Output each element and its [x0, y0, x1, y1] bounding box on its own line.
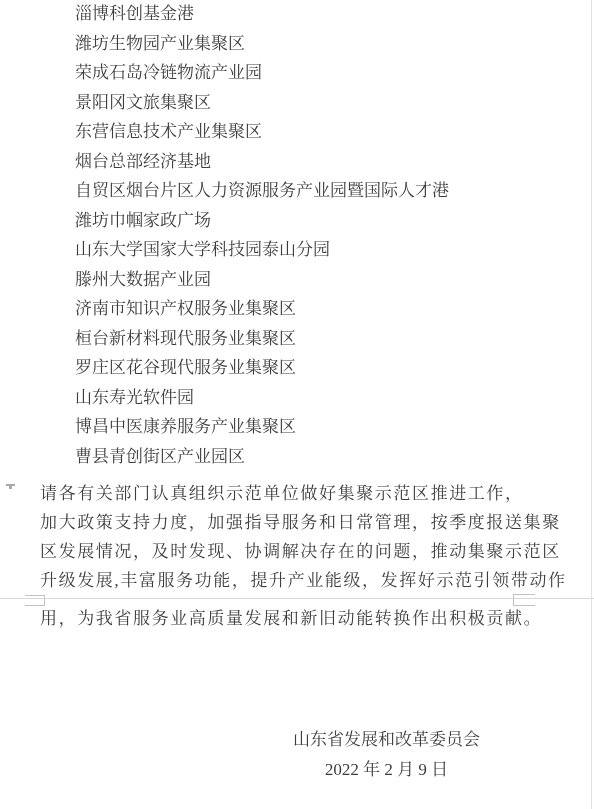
park-list: 淄博科创基金港 潍坊生物园产业集聚区 荣成石岛冷链物流产业园 景阳冈文旅集聚区 … [75, 0, 449, 471]
park-list-item: 济南市知识产权服务业集聚区 [75, 294, 449, 324]
park-list-item: 山东大学国家大学科技园泰山分园 [75, 235, 449, 265]
document-page: 淄博科创基金港 潍坊生物园产业集聚区 荣成石岛冷链物流产业园 景阳冈文旅集聚区 … [0, 0, 594, 809]
park-list-item: 桓台新材料现代服务业集聚区 [75, 324, 449, 354]
park-list-item: 山东寿光软件园 [75, 383, 449, 413]
park-list-item: 景阳冈文旅集聚区 [75, 88, 449, 118]
park-list-item: 淄博科创基金港 [75, 0, 449, 29]
date: 2022 年 2 月 9 日 [293, 755, 480, 785]
park-list-item: 罗庄区花谷现代服务业集聚区 [75, 353, 449, 383]
park-list-item: 自贸区烟台片区人力资源服务产业园暨国际人才港 [75, 176, 449, 206]
paragraph-line: 用，为我省服务业高质量发展和新旧动能转换作出积极贡献。 [40, 604, 570, 633]
body-paragraph-continued: 用，为我省服务业高质量发展和新旧动能转换作出积极贡献。 [40, 604, 570, 633]
park-list-item: 潍坊巾帼家政广场 [75, 206, 449, 236]
park-list-item: 潍坊生物园产业集聚区 [75, 29, 449, 59]
page-edge-line [591, 0, 592, 809]
page-break-line [0, 598, 594, 599]
paragraph-line: 加大政策支持力度，加强指导服务和日常管理，按季度报送集聚 [40, 508, 570, 537]
park-list-item: 曹县青创街区产业园区 [75, 442, 449, 472]
park-list-item: 烟台总部经济基地 [75, 147, 449, 177]
body-paragraph: 请各有关部门认真组织示范单位做好集聚示范区推进工作， 加大政策支持力度，加强指导… [40, 479, 570, 595]
park-list-item: 东营信息技术产业集聚区 [75, 117, 449, 147]
paragraph-line: 区发展情况，及时发现、协调解决存在的问题，推动集聚示范区 [40, 537, 570, 566]
park-list-item: 荣成石岛冷链物流产业园 [75, 58, 449, 88]
park-list-item: 博昌中医康养服务产业集聚区 [75, 412, 449, 442]
signature: 山东省发展和改革委员会 [293, 725, 480, 755]
paragraph-line: 升级发展,丰富服务功能，提升产业能级，发挥好示范引领带动作 [40, 566, 570, 595]
closing-block: 山东省发展和改革委员会 2022 年 2 月 9 日 [293, 725, 480, 785]
margin-marker-icon [6, 484, 15, 489]
park-list-item: 滕州大数据产业园 [75, 265, 449, 295]
paragraph-line: 请各有关部门认真组织示范单位做好集聚示范区推进工作， [40, 479, 570, 508]
